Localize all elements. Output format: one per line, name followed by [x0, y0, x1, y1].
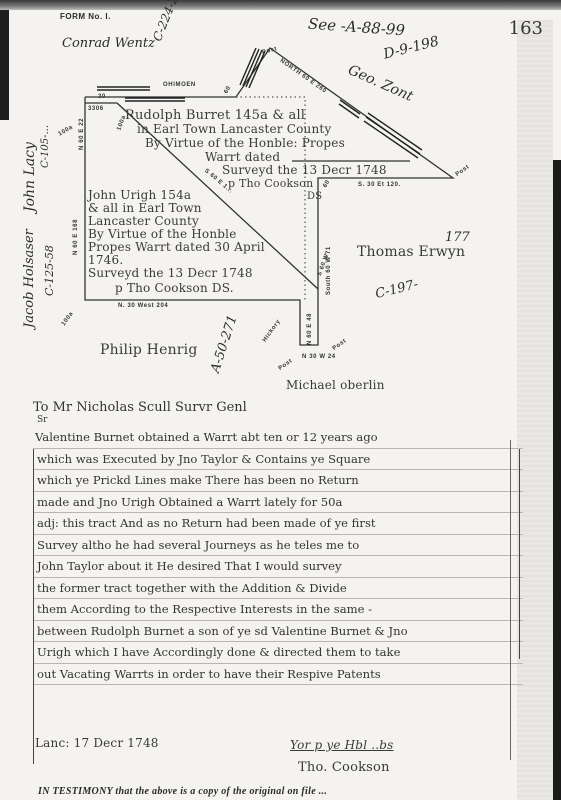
letter-left-rule: [33, 449, 34, 764]
tract-rudolph-line: in Earl Town Lancaster County: [137, 122, 331, 136]
tract-john-line: & all in Earl Town: [88, 201, 202, 215]
neighbor-thomas-erwyn: Thomas Erwyn: [357, 244, 465, 260]
tract-rudolph-line: By Virtue of the Honble: Propes: [145, 136, 345, 150]
tract-john-line: Propes Warrt dated 30 April: [88, 240, 265, 254]
letter-line: Valentine Burnet obtained a Warrt abt te…: [33, 427, 523, 449]
letter-sir: Sr: [37, 415, 523, 425]
letter-line: Urigh which I have Accordingly done & di…: [33, 642, 523, 664]
boundary-label-road: OHIMOEN: [163, 82, 196, 88]
letter-line: which ye Prickd Lines make There has bee…: [33, 470, 523, 492]
neighbor-michael-oberlin: Michael oberlin: [286, 378, 385, 392]
letter-line: the former tract together with the Addit…: [33, 578, 523, 600]
letter-line: made and Jno Urigh Obtained a Warrt late…: [33, 492, 523, 514]
page-right-rule: [510, 440, 511, 760]
neighbor-conrad-wentz: Conrad Wentz: [62, 36, 155, 51]
tract-rudolph-line: Warrt dated: [205, 150, 280, 164]
tract-john-line: By Virtue of the Honble: [88, 227, 237, 241]
letter-line: between Rudolph Burnet a son of ye sd Va…: [33, 621, 523, 643]
letter-body: Valentine Burnet obtained a Warrt abt te…: [33, 427, 523, 685]
letter-signature: Tho. Cookson: [298, 760, 390, 775]
letter-line: which was Executed by Jno Taylor & Conta…: [33, 449, 523, 471]
boundary-label-left-side: N 60 E 168: [73, 219, 79, 255]
boundary-label-n60e-small: N 60 E 48: [307, 313, 313, 345]
letter-line: John Taylor about it He desired That I w…: [33, 556, 523, 578]
jacob-holsaser-reference: C-125-58: [43, 245, 56, 296]
boundary-label-south-east: S. 30 Et 120.: [358, 182, 401, 188]
boundary-label-north-west-long: N. 30 West 204: [118, 303, 168, 309]
tract-john-line: Surveyd the 13 Decr 1748: [88, 266, 253, 280]
neighbor-john-lacy: John Lacy: [22, 142, 38, 212]
survey-letter: To Mr Nicholas Scull Survr Genl Sr Valen…: [33, 400, 523, 685]
letter-line: adj: this tract And as no Return had bee…: [33, 513, 523, 535]
tract-john-line: 1746.: [88, 253, 123, 267]
letter-line: Survey altho he had several Journeys as …: [33, 535, 523, 557]
tract-rudolph-line: Surveyd the 13 Decr 1748: [222, 163, 387, 177]
john-lacy-reference: C-105-...: [40, 125, 51, 168]
tract-john-line: p Tho Cookson DS.: [115, 281, 234, 295]
boundary-label-corner-30: 30: [98, 94, 106, 100]
letter-date: Lanc: 17 Decr 1748: [35, 736, 159, 750]
neighbor-jacob-holsaser: Jacob Holsaser: [22, 229, 37, 328]
letter-closing: Yor p ye Hbl ..bs: [290, 738, 394, 752]
tract-john-line: Lancaster County: [88, 214, 199, 228]
tract-rudolph-line: Rudolph Burret 145a & all: [125, 108, 305, 123]
letter-line: them According to the Respective Interes…: [33, 599, 523, 621]
boundary-label-north-west-bottom: N 30 W 24: [302, 354, 336, 360]
neighbor-philip-henrig: Philip Henrig: [100, 342, 198, 358]
tract-rudolph-line: DS: [307, 191, 322, 202]
letter-salutation: To Mr Nicholas Scull Survr Genl: [33, 400, 523, 415]
letter-line: out Vacating Warrts in order to have the…: [33, 664, 523, 686]
letter-right-rule: [519, 449, 520, 659]
thomas-erwyn-reference-top: 177: [445, 230, 470, 245]
tract-john-line: John Urigh 154a: [88, 188, 191, 202]
testimony-footer: IN TESTIMONY that the above is a copy of…: [38, 786, 327, 797]
boundary-label-corner-3306: 3306: [88, 106, 104, 112]
tract-rudolph-line: p Tho Cookson: [228, 177, 313, 190]
boundary-label-left-top: N 60 E 22: [79, 118, 85, 150]
